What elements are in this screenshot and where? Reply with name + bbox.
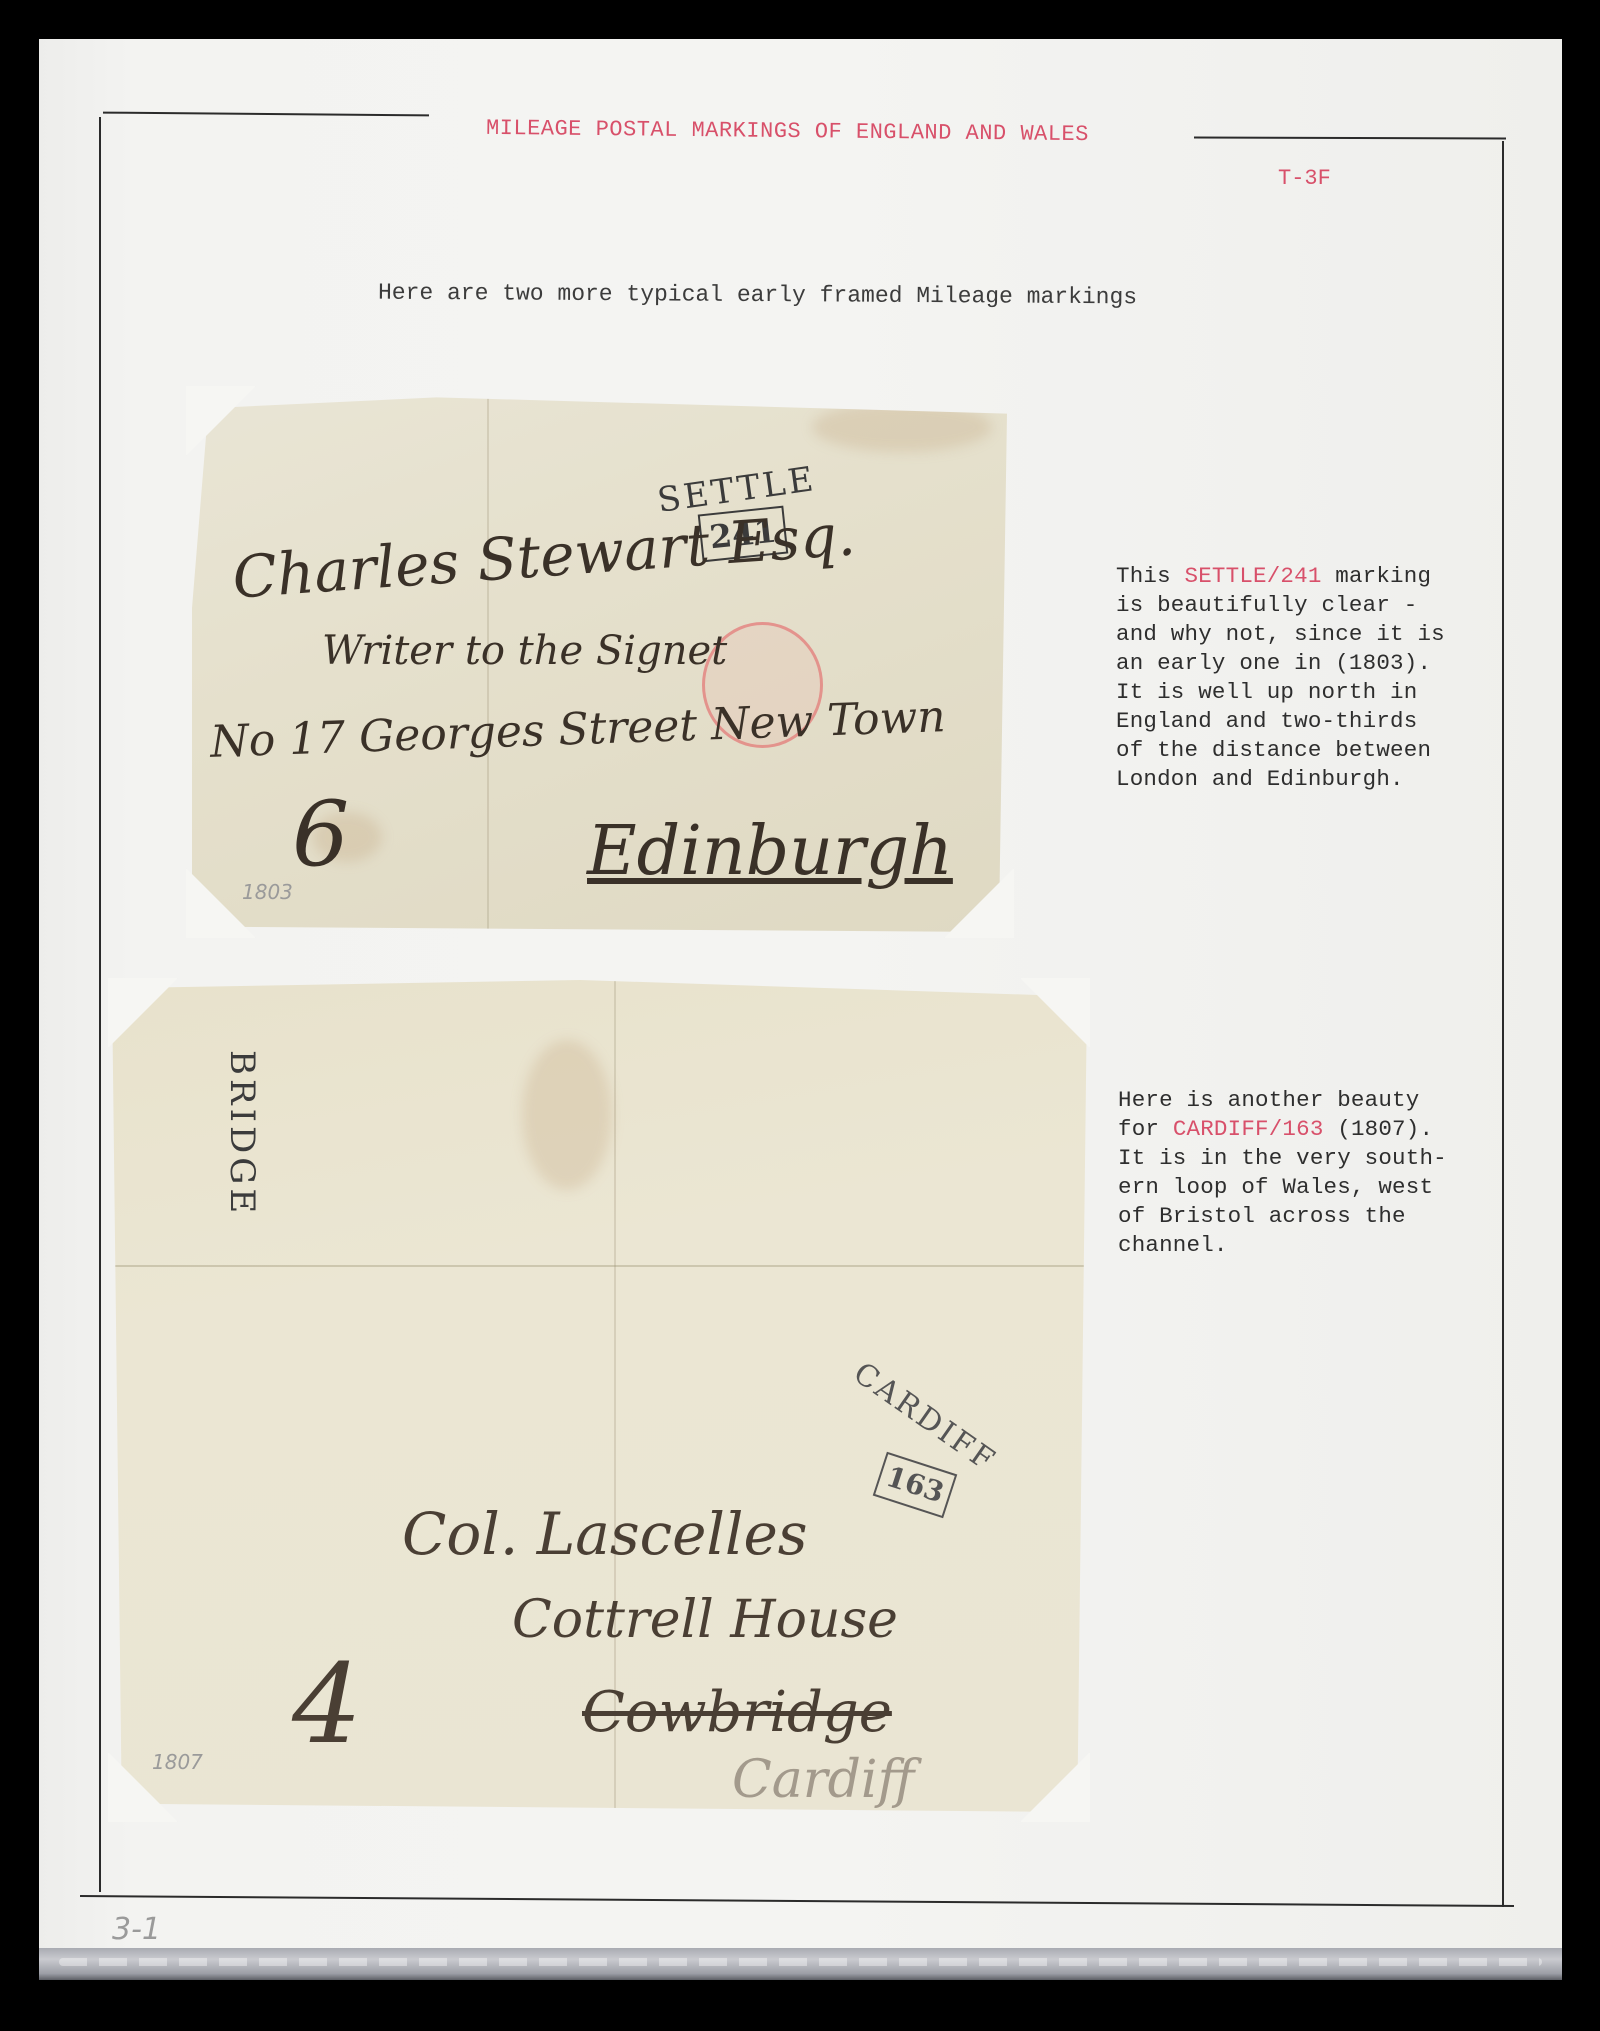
bridge-back-stamp: BRIDGE [222, 1050, 262, 1217]
cardiff-town-stamp: CARDIFF [847, 1356, 1003, 1480]
address-line-4: Edinburgh [587, 812, 953, 891]
settle-note: This SETTLE/241 marking is beautifully c… [1116, 562, 1445, 794]
cardiff-highlight: CARDIFF/163 [1173, 1116, 1324, 1142]
address-line-2: Writer to the Signet [322, 628, 727, 674]
pencil-page-number: 3-1 [112, 1912, 161, 1947]
address-line-1: Col. Lascelles [402, 1500, 808, 1568]
cover-cardiff: BRIDGE CARDIFF 163 Col. Lascelles Cottre… [112, 980, 1087, 1812]
address-line-2: Cottrell House [512, 1590, 898, 1650]
frame-left [99, 117, 101, 1892]
pencil-year-1803: 1803 [242, 880, 293, 904]
page-protector-edge [39, 1948, 1562, 1980]
address-line-3: Cowbridge [582, 1680, 892, 1745]
address-line-4: Cardiff [732, 1750, 914, 1810]
address-line-3: No 17 Georges Street New Town [209, 691, 946, 768]
rate-mark: 4 [292, 1640, 362, 1768]
pencil-year-1807: 1807 [152, 1750, 203, 1774]
cardiff-note: Here is another beauty for CARDIFF/163 (… [1118, 1086, 1447, 1260]
cardiff-mileage-stamp: 163 [873, 1452, 958, 1519]
rate-mark: 6 [292, 782, 349, 887]
intro-text: Here are two more typical early framed M… [378, 280, 1137, 311]
address-line-1: Charles Stewart Esq. [230, 500, 857, 611]
page-code: T-3F [1278, 166, 1331, 191]
settle-highlight: SETTLE/241 [1185, 563, 1322, 589]
frame-right [1502, 141, 1504, 1907]
cover-settle: SETTLE 241 Charles Stewart Esq. Writer t… [192, 392, 1007, 932]
